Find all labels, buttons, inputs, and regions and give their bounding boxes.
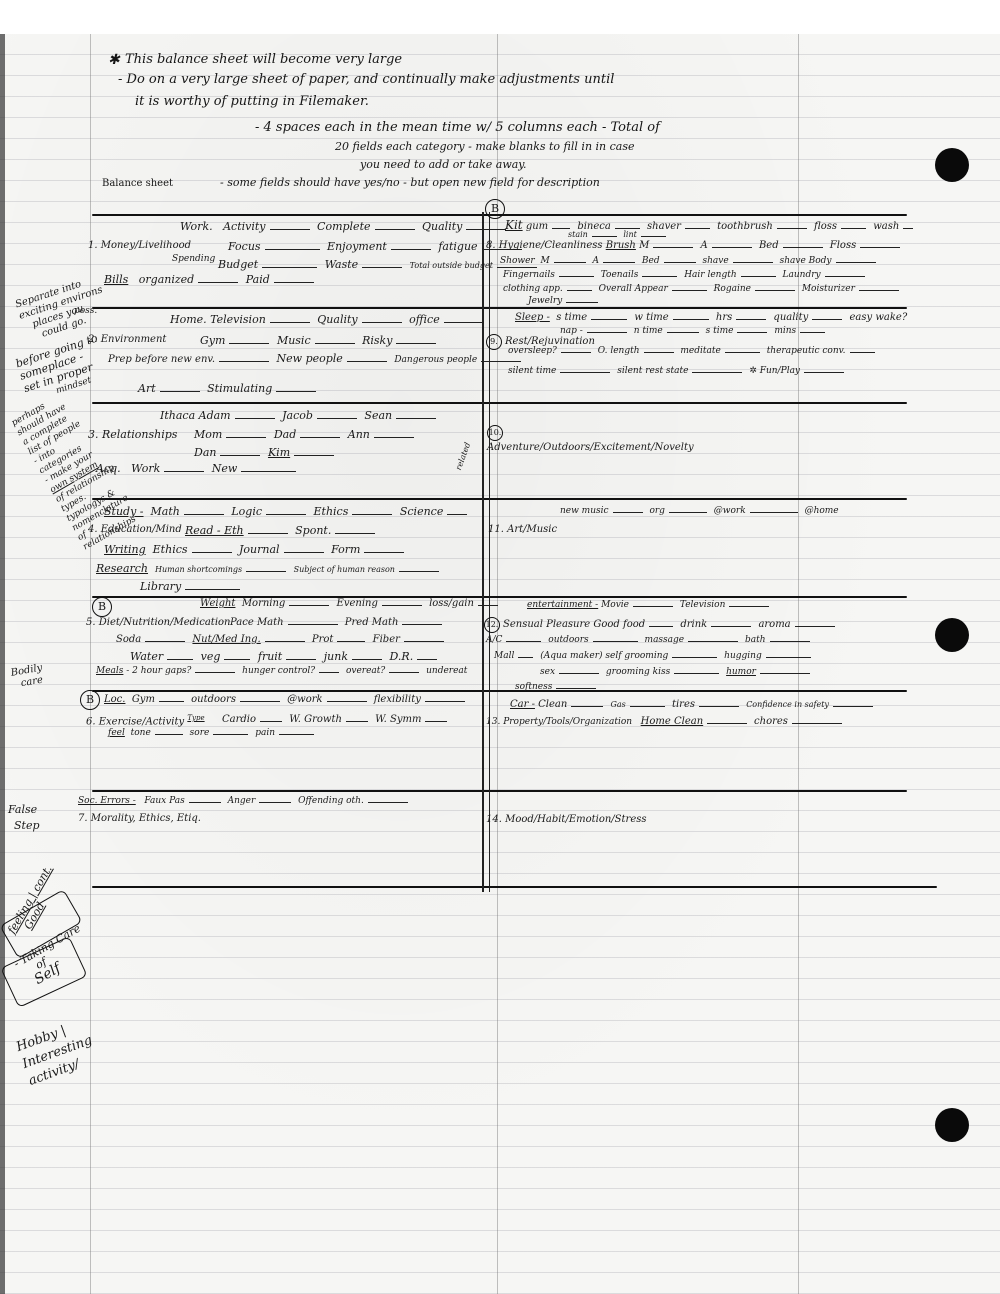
field-blank[interactable] — [603, 261, 635, 263]
sub-note-1: - 4 spaces each in the mean time w/ 5 co… — [255, 120, 660, 135]
s1-row-work: Work. Activity Complete Quality — [180, 220, 510, 233]
field-blank[interactable] — [554, 261, 586, 263]
field-blank[interactable] — [235, 417, 275, 419]
field-blank[interactable] — [699, 705, 739, 707]
field-blank[interactable] — [198, 281, 238, 283]
s9-row-silent: silent time silent rest state ✲ Fun/Play — [508, 366, 848, 376]
field-blank[interactable] — [860, 246, 900, 248]
field-blank[interactable] — [289, 604, 329, 606]
field-blank[interactable] — [300, 436, 340, 438]
field-blank[interactable] — [192, 551, 232, 553]
field-blank[interactable] — [591, 318, 627, 320]
s7-row-errors: Soc. Errors - Faux Pas Anger Offending o… — [78, 796, 412, 806]
field-blank[interactable] — [653, 246, 693, 248]
field-blank[interactable] — [195, 671, 235, 673]
field-blank[interactable] — [478, 604, 498, 606]
field-blank[interactable] — [692, 371, 742, 373]
field-blank[interactable] — [213, 733, 248, 735]
field-blank[interactable] — [859, 289, 899, 291]
s4-row-research: Research Human shortcomings Subject of h… — [96, 562, 443, 575]
s3-row-ithaca: Ithaca Adam Jacob Sean — [160, 409, 440, 422]
field-blank[interactable] — [270, 228, 310, 230]
field-blank[interactable] — [160, 390, 200, 392]
s5-row-weight: Weight Morning Evening loss/gain — [200, 598, 502, 609]
balance-sheet-title: Balance sheet — [102, 178, 173, 189]
field-blank[interactable] — [167, 658, 193, 660]
field-blank[interactable] — [374, 436, 414, 438]
field-blank[interactable] — [850, 351, 875, 353]
field-blank[interactable] — [795, 625, 835, 627]
s3-row-family: Mom Dad Ann — [194, 428, 418, 441]
field-blank[interactable] — [155, 733, 183, 735]
header-note-3: it is worthy of putting in Filemaker. — [135, 94, 369, 109]
s12-row-ac: A/C outdoors massage bath — [486, 635, 814, 645]
field-blank[interactable] — [327, 700, 367, 702]
field-blank[interactable] — [560, 371, 610, 373]
field-blank[interactable] — [362, 266, 402, 268]
field-blank[interactable] — [833, 705, 873, 707]
fun-badge-icon: ✲ — [749, 366, 757, 376]
field-blank[interactable] — [561, 351, 591, 353]
field-blank[interactable] — [375, 228, 415, 230]
field-blank[interactable] — [672, 289, 707, 291]
field-blank[interactable] — [841, 227, 866, 229]
field-blank[interactable] — [741, 275, 776, 277]
field-blank[interactable] — [229, 342, 269, 344]
field-blank[interactable] — [286, 658, 316, 660]
field-blank[interactable] — [335, 532, 375, 534]
field-blank[interactable] — [559, 275, 594, 277]
s8-row-stain: stain lint — [568, 230, 670, 239]
field-blank[interactable] — [673, 318, 709, 320]
field-blank[interactable] — [688, 640, 738, 642]
s6-badge: B — [80, 690, 103, 710]
s5-row-soda: Soda Nut/Med Ing. Prot Fiber — [116, 634, 448, 645]
field-blank[interactable] — [391, 248, 431, 250]
s4-row-read: Read - Eth Spont. — [185, 524, 379, 537]
field-blank[interactable] — [825, 275, 865, 277]
s8-row-kit: Kit gum bineca shaver toothbrush floss w… — [505, 218, 917, 232]
s8-row-clothing: clothing app. Overall Appear Rogaine Moi… — [503, 284, 903, 294]
rule-row-2 — [92, 307, 907, 309]
s6-row-type: Cardio W. Growth W. Symm — [222, 714, 451, 725]
field-blank[interactable] — [248, 532, 288, 534]
s3-row-acq: Acq. Work New — [96, 462, 300, 475]
field-blank[interactable] — [337, 640, 365, 642]
field-blank[interactable] — [417, 658, 437, 660]
field-blank[interactable] — [559, 672, 599, 674]
s12-row-entertainment: entertainment - Movie Television — [527, 600, 773, 610]
field-blank[interactable] — [812, 318, 842, 320]
s3-row-dan: Dan Kim — [194, 446, 338, 459]
field-blank[interactable] — [260, 720, 282, 722]
field-blank[interactable] — [725, 351, 760, 353]
field-blank[interactable] — [615, 227, 640, 229]
s13-row-car: Car - Clean Gas tires Confidence in safe… — [510, 699, 877, 710]
field-blank[interactable] — [755, 289, 795, 291]
field-blank[interactable] — [259, 801, 291, 803]
field-blank[interactable] — [382, 604, 422, 606]
field-blank[interactable] — [729, 605, 769, 607]
field-blank[interactable] — [347, 360, 387, 362]
field-blank[interactable] — [800, 331, 825, 333]
field-blank[interactable] — [352, 658, 382, 660]
field-blank[interactable] — [425, 700, 465, 702]
rule-row-8 — [92, 886, 937, 888]
s12-title: 12.Sensual Pleasure Good food drink arom… — [484, 617, 839, 633]
center-divider-inner — [489, 212, 490, 892]
s7-title: 7. Morality, Ethics, Etiq. — [78, 813, 201, 824]
s2-row-prep: Prep before new env. New people Dangerou… — [108, 352, 525, 365]
field-blank[interactable] — [399, 570, 439, 572]
s2-row-home: Home. Television Quality office — [170, 313, 488, 326]
field-blank[interactable] — [766, 656, 811, 658]
field-blank[interactable] — [265, 248, 320, 250]
s5-badge: B — [92, 597, 115, 617]
field-blank[interactable] — [592, 235, 617, 237]
field-blank[interactable] — [552, 227, 570, 229]
field-blank[interactable] — [224, 658, 250, 660]
field-blank[interactable] — [750, 511, 798, 513]
field-blank[interactable] — [707, 722, 747, 724]
field-blank[interactable] — [669, 511, 707, 513]
rule-row-3 — [92, 402, 907, 404]
s2-title: 2. Environment — [88, 334, 166, 345]
s6-row-loc: Loc. Gym outdoors @work flexibility — [104, 694, 469, 705]
field-blank[interactable] — [262, 266, 317, 268]
field-blank[interactable] — [265, 640, 305, 642]
field-blank[interactable] — [364, 551, 404, 553]
s4-row-study: Study - Math Logic Ethics Science — [104, 505, 471, 518]
field-blank[interactable] — [226, 436, 266, 438]
s1-title: 1. Money/Livelihood — [88, 240, 191, 251]
field-blank[interactable] — [556, 687, 596, 689]
field-blank[interactable] — [444, 321, 484, 323]
field-blank[interactable] — [241, 470, 296, 472]
field-blank[interactable] — [587, 331, 627, 333]
field-blank[interactable] — [319, 671, 339, 673]
field-blank[interactable] — [685, 227, 710, 229]
margin-note-false-step: False Step — [8, 802, 40, 834]
field-blank[interactable] — [317, 417, 357, 419]
s11-row-music: new music org @work @home — [560, 506, 839, 516]
field-blank[interactable] — [466, 228, 506, 230]
field-blank[interactable] — [642, 275, 677, 277]
field-blank[interactable] — [667, 331, 699, 333]
s1-spending-label: Spending — [172, 254, 215, 264]
punch-hole-top — [935, 148, 969, 182]
field-blank[interactable] — [402, 623, 442, 625]
rule-row-7 — [92, 790, 907, 792]
s11-title: 11. Art/Music — [488, 524, 557, 535]
field-blank[interactable] — [644, 351, 674, 353]
header-note-1: This balance sheet will become very larg… — [125, 52, 402, 67]
field-blank[interactable] — [246, 570, 286, 572]
s6-title: 6. Exercise/Activity Type — [86, 714, 205, 727]
field-blank[interactable] — [630, 705, 665, 707]
field-blank[interactable] — [279, 733, 314, 735]
field-blank[interactable] — [481, 360, 521, 362]
fields-note: - some fields should have yes/no - but o… — [220, 176, 600, 189]
field-blank[interactable] — [760, 672, 810, 674]
field-blank[interactable] — [566, 301, 598, 303]
field-blank[interactable] — [389, 671, 419, 673]
sub-note-3: you need to add or take away. — [360, 158, 527, 171]
field-blank[interactable] — [672, 656, 717, 658]
header-star-icon: ✱ — [108, 52, 120, 68]
scan-left-edge — [0, 34, 5, 1294]
field-blank[interactable] — [571, 705, 603, 707]
field-blank[interactable] — [270, 321, 310, 323]
header-note-2: - Do on a very large sheet of paper, and… — [118, 72, 614, 87]
field-blank[interactable] — [240, 700, 280, 702]
s13-title: 13. Property/Tools/Organization Home Cle… — [486, 716, 846, 727]
s5-row-meals: Meals - 2 hour gaps? hunger control? ove… — [96, 666, 467, 676]
s5-title: 5. Diet/Nutrition/Medication — [86, 617, 231, 628]
field-blank[interactable] — [184, 513, 224, 515]
field-blank[interactable] — [770, 640, 810, 642]
field-blank[interactable] — [567, 289, 592, 291]
field-blank[interactable] — [737, 331, 767, 333]
s8-title: 8. Hygiene/Cleanliness Brush M A Bed Flo… — [486, 240, 904, 251]
field-blank[interactable] — [219, 360, 269, 362]
rule-row-6 — [92, 690, 907, 692]
field-blank[interactable] — [362, 321, 402, 323]
scan-top-border — [0, 0, 1000, 34]
field-blank[interactable] — [396, 342, 436, 344]
punch-hole-bottom — [935, 1108, 969, 1142]
s1-row-bills: Bills organized Paid — [104, 273, 318, 286]
field-blank[interactable] — [641, 235, 666, 237]
s2-row-gym: Gym Music Risky — [200, 334, 440, 347]
field-blank[interactable] — [425, 720, 447, 722]
s5-row-math: Pace Math Pred Math — [230, 617, 446, 628]
rule-row-4 — [92, 498, 907, 500]
field-blank[interactable] — [711, 625, 751, 627]
s8-row-shower: Shower M A Bed shave shave Body — [500, 256, 880, 266]
field-blank[interactable] — [274, 281, 314, 283]
section-8-badge: B — [485, 197, 508, 219]
s12-row-softness: softness — [515, 682, 600, 692]
field-blank[interactable] — [220, 454, 260, 456]
field-blank[interactable] — [346, 720, 368, 722]
field-blank[interactable] — [836, 261, 876, 263]
field-blank[interactable] — [396, 417, 436, 419]
s2-row-art: Art Stimulating — [138, 382, 320, 395]
field-blank[interactable] — [288, 623, 338, 625]
field-blank[interactable] — [185, 588, 240, 590]
s8-row-nails: Fingernails Toenails Hair length Laundry — [503, 270, 869, 280]
field-blank[interactable] — [674, 672, 719, 674]
field-blank[interactable] — [315, 342, 355, 344]
field-blank[interactable] — [792, 722, 842, 724]
field-blank[interactable] — [159, 700, 184, 702]
s4-row-writing: Writing Ethics Journal Form — [104, 543, 408, 556]
field-blank[interactable] — [593, 640, 638, 642]
s9-row-sleep: Sleep - s time w time hrs quality easy w… — [515, 312, 907, 323]
field-blank[interactable] — [518, 656, 533, 658]
s1-row-focus: Focus Enjoyment fatigue — [228, 240, 526, 253]
field-blank[interactable] — [447, 513, 467, 515]
s9-row-nap: nap - n time s time mins — [560, 326, 829, 336]
field-blank[interactable] — [664, 261, 696, 263]
field-blank[interactable] — [276, 390, 316, 392]
field-blank[interactable] — [189, 801, 221, 803]
s9-row-oversleep: oversleep? O. length meditate therapeuti… — [508, 346, 879, 356]
s6-row-feel: feel tone sore pain — [108, 728, 318, 738]
field-blank[interactable] — [506, 640, 541, 642]
field-blank[interactable] — [733, 261, 773, 263]
field-blank[interactable] — [368, 801, 408, 803]
s4-row-library: Library — [140, 580, 244, 593]
s14-title: 14. Mood/Habit/Emotion/Stress — [486, 814, 647, 825]
field-blank[interactable] — [497, 266, 537, 268]
field-blank[interactable] — [903, 227, 913, 229]
field-blank[interactable] — [736, 318, 766, 320]
field-blank[interactable] — [804, 371, 844, 373]
field-blank[interactable] — [145, 640, 185, 642]
punch-hole-middle — [935, 618, 969, 652]
s3-title: 3. Relationships — [88, 428, 177, 441]
field-blank[interactable] — [352, 513, 392, 515]
field-blank[interactable] — [783, 246, 823, 248]
field-blank[interactable] — [404, 640, 444, 642]
field-blank[interactable] — [266, 513, 306, 515]
field-blank[interactable] — [294, 454, 334, 456]
margin-line-left — [90, 34, 91, 1294]
field-blank[interactable] — [284, 551, 324, 553]
s12-row-mall: Mall (Aqua maker) self grooming hugging — [494, 651, 815, 661]
sub-note-2: 20 fields each category - make blanks to… — [335, 140, 635, 153]
s5-row-water: Water veg fruit junk D.R. — [130, 650, 441, 663]
field-blank[interactable] — [649, 625, 673, 627]
s1-row-budget: Budget Waste Total outside budget — [218, 258, 541, 271]
s8-row-jewelry: Jewelry — [528, 296, 602, 306]
field-blank[interactable] — [613, 511, 643, 513]
field-blank[interactable] — [712, 246, 752, 248]
s12-row-sex: sex grooming kiss humor — [540, 667, 814, 677]
s10-title: 10.Adventure/Outdoors/Excitement/Novelty — [487, 425, 627, 455]
field-blank[interactable] — [164, 470, 204, 472]
field-blank[interactable] — [633, 605, 673, 607]
field-blank[interactable] — [777, 227, 807, 229]
